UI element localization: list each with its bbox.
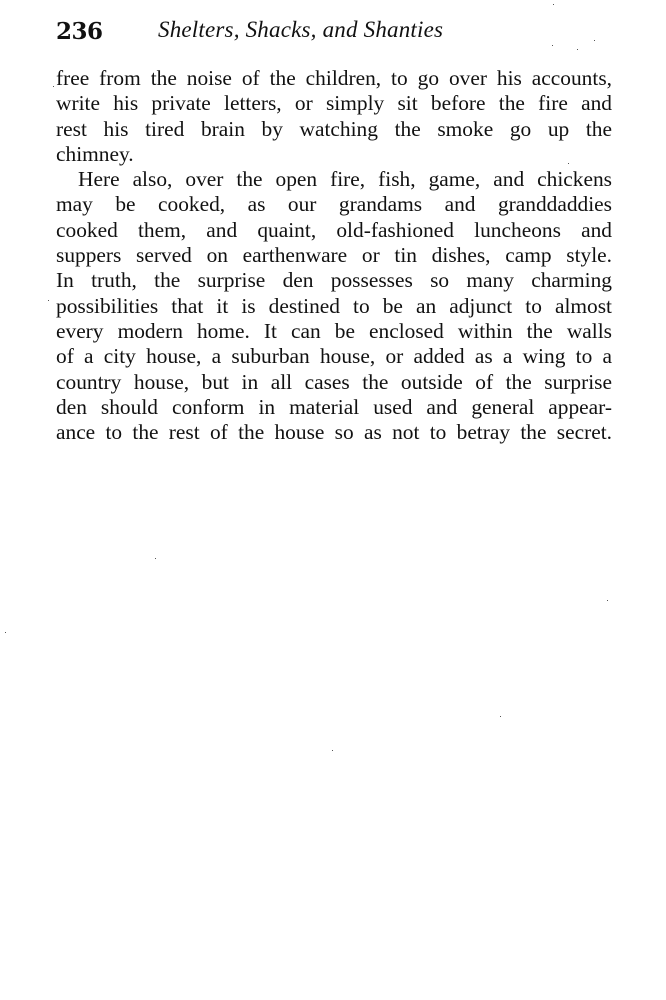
- text-line: possibilities that it is destined to be …: [56, 294, 612, 319]
- scan-speck: [48, 300, 49, 301]
- scan-speck: [500, 716, 501, 717]
- text-line: write his private letters, or simply sit…: [56, 91, 612, 116]
- scan-speck: [53, 86, 54, 87]
- scan-speck: [5, 632, 6, 633]
- scan-speck: [553, 4, 554, 5]
- text-line: free from the noise of the children, to …: [56, 66, 612, 91]
- text-line: country house, but in all cases the outs…: [56, 370, 612, 395]
- text-line: Here also, over the open fire, fish, gam…: [56, 167, 612, 192]
- text-line: ance to the rest of the house so as not …: [56, 420, 612, 445]
- scan-speck: [568, 163, 569, 164]
- running-title: Shelters, Shacks, and Shanties: [158, 17, 443, 43]
- scan-speck: [594, 40, 595, 41]
- scan-speck: [577, 49, 578, 50]
- text-line: den should conform in material used and …: [56, 395, 612, 420]
- scan-speck: [155, 558, 156, 559]
- paragraph-1: free from the noise of the children, to …: [56, 66, 612, 167]
- scan-speck: [607, 600, 608, 601]
- scan-speck: [332, 750, 333, 751]
- text-line: cooked them, and quaint, old-fashioned l…: [56, 218, 612, 243]
- text-line: rest his tired brain by watching the smo…: [56, 117, 612, 142]
- body-text: free from the noise of the children, to …: [56, 66, 612, 445]
- text-line: may be cooked, as our grandams and grand…: [56, 192, 612, 217]
- text-line: chimney.: [56, 142, 612, 167]
- text-line: every modern home. It can be enclosed wi…: [56, 319, 612, 344]
- running-header: 236 Shelters, Shacks, and Shanties: [56, 14, 616, 50]
- paragraph-2: Here also, over the open fire, fish, gam…: [56, 167, 612, 445]
- page-number: 236: [56, 18, 103, 45]
- text-line: In truth, the surprise den possesses so …: [56, 268, 612, 293]
- text-line: of a city house, a suburban house, or ad…: [56, 344, 612, 369]
- scan-speck: [552, 45, 553, 46]
- text-line: suppers served on earthenware or tin dis…: [56, 243, 612, 268]
